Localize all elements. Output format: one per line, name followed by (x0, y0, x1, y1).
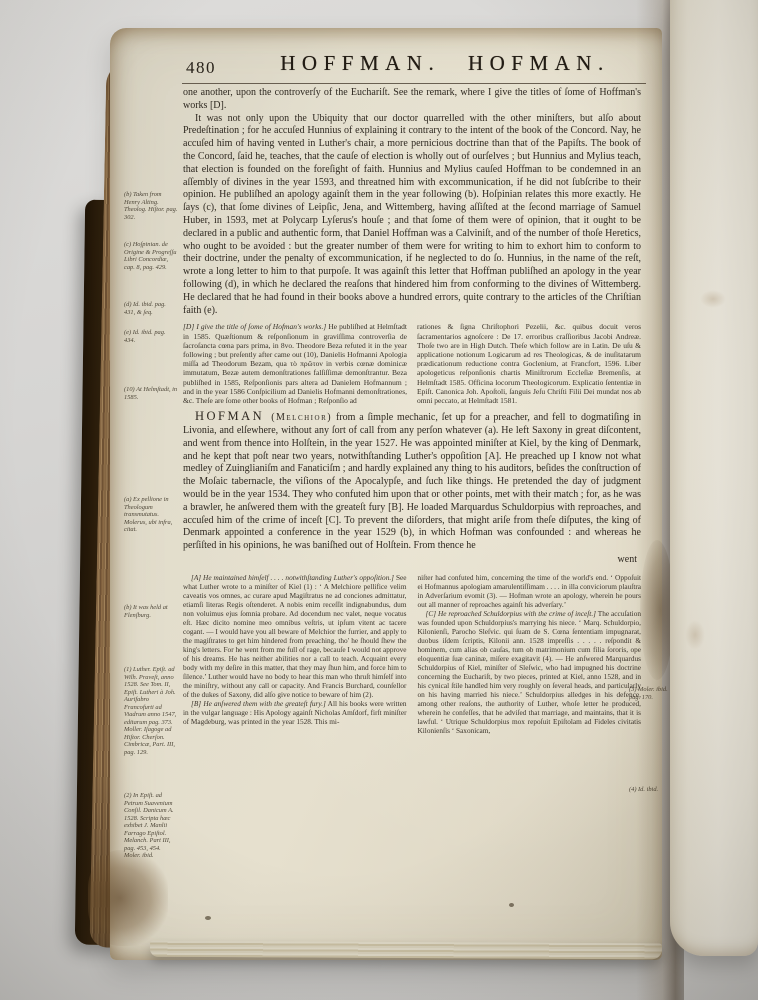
margin-note-b2: (b) It was held at Flenſburg. (124, 604, 178, 619)
remark-d-left-body: He publiſhed at Helmſtadt in 1585. Quæſt… (183, 322, 407, 405)
footnote-column-right: niſter had confuted him, concerning the … (418, 573, 642, 735)
remark-d-lead: [D] I give the title of ſome of Hofman's… (183, 322, 326, 331)
book-page-right (670, 0, 758, 956)
ink-speck (509, 903, 514, 907)
hofman-forename: (Melchior) (271, 412, 332, 423)
footnote-a-body: See what Luther wrote to a miniſter of K… (183, 573, 407, 699)
remark-d-right: rationes & ſigna Chriſtophori Pezelii, &… (417, 322, 641, 405)
footnote-c-lead: [C] He reproached Schuldorpius with the … (426, 609, 597, 618)
margin-note-a: (a) Ex pellione in Theologum transmutatu… (124, 496, 178, 534)
hofman-text: from a ſimple mechanic, ſet up for a pre… (183, 412, 641, 551)
foxing-spot (700, 290, 726, 308)
page-bottom-edge (150, 941, 662, 960)
footnotes: [A] He maintained himſelf . . . . notwit… (183, 573, 641, 735)
footnote-a-lead: [A] He maintained himſelf . . . . notwit… (191, 573, 394, 582)
hofman-name: HOFMAN (195, 409, 271, 423)
footnote-c-body: The accuſation was founded upon Schuldor… (418, 609, 642, 735)
hofman-paragraph: HOFMAN (Melchior) from a ſimple mechanic… (183, 410, 641, 553)
margin-note-4: (4) Id. ibid. (629, 786, 675, 794)
footnote-column-left: [A] He maintained himſelf . . . . notwit… (183, 573, 407, 735)
gutter-stain (640, 540, 674, 680)
book-photo: 480 HOFFMAN. HOFMAN. (b) Taken from Henr… (0, 0, 758, 1000)
footnote-c: [C] He reproached Schuldorpius with the … (418, 609, 642, 735)
footnote-b-lead: [B] He anſwered them with the greateſt f… (191, 699, 326, 708)
remark-d: [D] I give the title of ſome of Hofman's… (183, 322, 641, 405)
margin-note-d: (d) Id. ibid. pag. 431, & ſeq. (124, 301, 178, 316)
text-column: one another, upon the controverſy of the… (183, 87, 641, 735)
foxing-spot (685, 620, 705, 650)
intro-paragraph: one another, upon the controverſy of the… (183, 87, 641, 113)
page-number: 480 (186, 58, 216, 78)
catchword: went (183, 554, 641, 567)
margin-note-c: (c) Hoſpinian. de Origine & Progreſſu Li… (124, 241, 178, 271)
book-page-left: 480 HOFFMAN. HOFMAN. (b) Taken from Henr… (110, 28, 662, 960)
ink-speck (205, 916, 211, 920)
margin-note-10: (10) At Helmſtadt, in 1585. (124, 386, 178, 401)
worn-corner (88, 850, 168, 946)
page-title: HOFFMAN. HOFMAN. (230, 51, 660, 76)
footnote-b-cont-body: niſter had confuted him, concerning the … (418, 573, 642, 609)
margin-note-e: (e) Id. ibid. pag. 434. (124, 329, 178, 344)
remark-d-left: [D] I give the title of ſome of Hofman's… (183, 322, 407, 405)
footnote-a: [A] He maintained himſelf . . . . notwit… (183, 573, 407, 699)
footnote-b: [B] He anſwered them with the greateſt f… (183, 699, 407, 726)
margin-note-b: (b) Taken from Henry Alting. Theolog. Hi… (124, 191, 178, 221)
margin-note-1: (1) Luther. Epiſt. ad Wilh. Praveſt, ann… (124, 666, 178, 756)
footnote-b-continued: niſter had confuted him, concerning the … (418, 573, 642, 609)
main-paragraph: It was not only upon the Ubiquity that o… (183, 113, 641, 318)
header-rule (182, 83, 646, 84)
